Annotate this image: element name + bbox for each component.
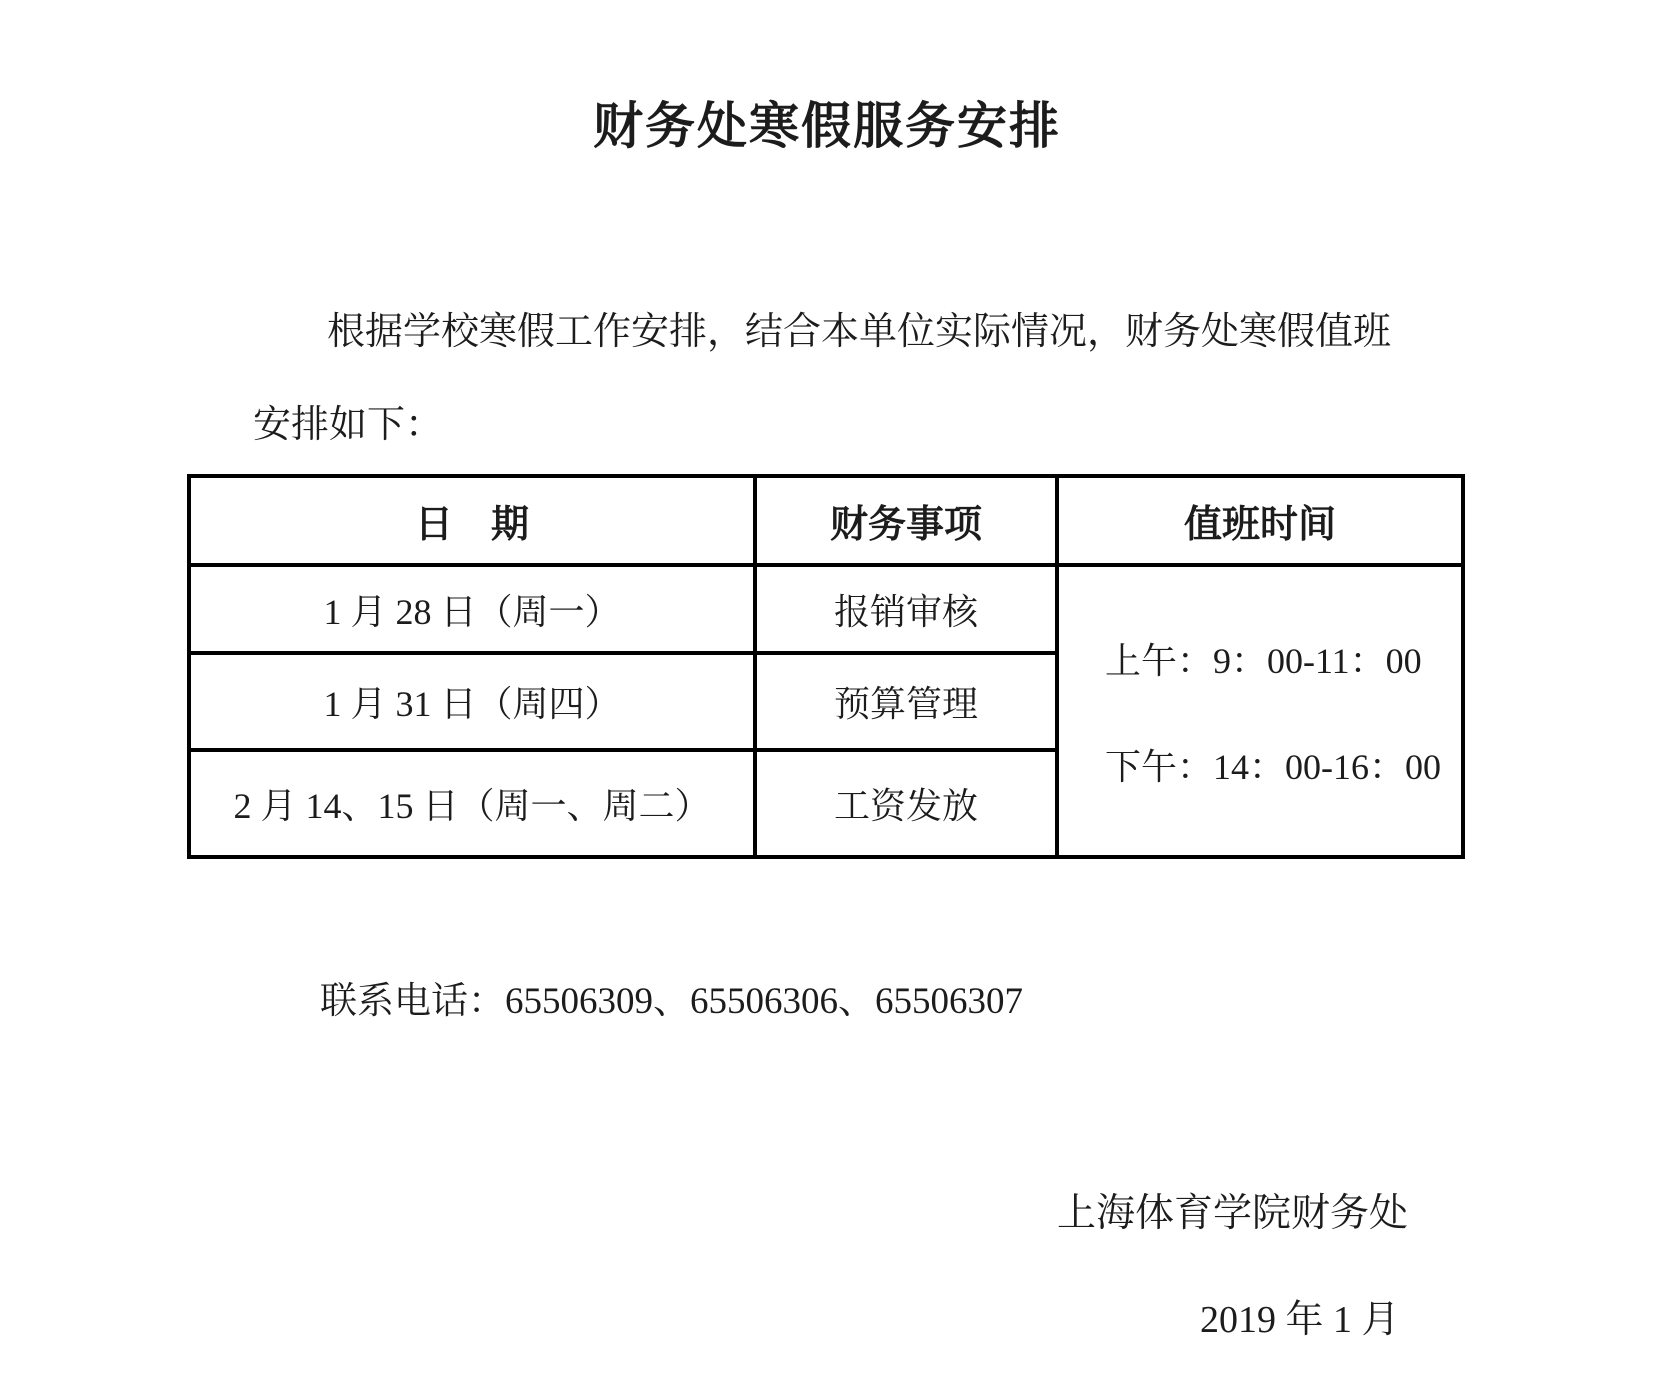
- document-title: 财务处寒假服务安排: [0, 86, 1654, 158]
- duty-schedule-table: 日 期 财务事项 值班时间 1 月 28 日（周一） 报销审核 上午：9：00-…: [187, 474, 1465, 859]
- header-cell-date: 日 期: [189, 476, 755, 565]
- header-cell-matter: 财务事项: [755, 476, 1057, 565]
- duty-time-morning: 上午：9：00-11：00: [1105, 633, 1422, 684]
- cell-date: 1 月 31 日（周四）: [189, 653, 755, 750]
- duty-time-afternoon: 下午：14：00-16：00: [1105, 739, 1441, 790]
- document-page: 财务处寒假服务安排 根据学校寒假工作安排，结合本单位实际情况，财务处寒假值班 安…: [0, 0, 1654, 1393]
- cell-matter: 预算管理: [755, 653, 1057, 750]
- cell-matter: 工资发放: [755, 750, 1057, 857]
- signature-line: 上海体育学院财务处: [1057, 1182, 1408, 1238]
- body-text-line-1: 根据学校寒假工作安排，结合本单位实际情况，财务处寒假值班: [327, 300, 1391, 355]
- duty-time-block: 上午：9：00-11：00 下午：14：00-16：00: [1059, 633, 1461, 790]
- contact-phone-line: 联系电话：65506309、65506306、65506307: [320, 970, 1023, 1024]
- cell-matter: 报销审核: [755, 565, 1057, 653]
- issue-date-line: 2019 年 1 月: [1200, 1288, 1400, 1343]
- cell-date: 2 月 14、15 日（周一、周二）: [189, 750, 755, 857]
- table-header-row: 日 期 财务事项 值班时间: [189, 476, 1463, 565]
- cell-duty-time: 上午：9：00-11：00 下午：14：00-16：00: [1057, 565, 1463, 857]
- cell-date: 1 月 28 日（周一）: [189, 565, 755, 653]
- body-text-line-2: 安排如下：: [253, 393, 443, 448]
- header-cell-duty-time: 值班时间: [1057, 476, 1463, 565]
- table-row: 1 月 28 日（周一） 报销审核 上午：9：00-11：00 下午：14：00…: [189, 565, 1463, 653]
